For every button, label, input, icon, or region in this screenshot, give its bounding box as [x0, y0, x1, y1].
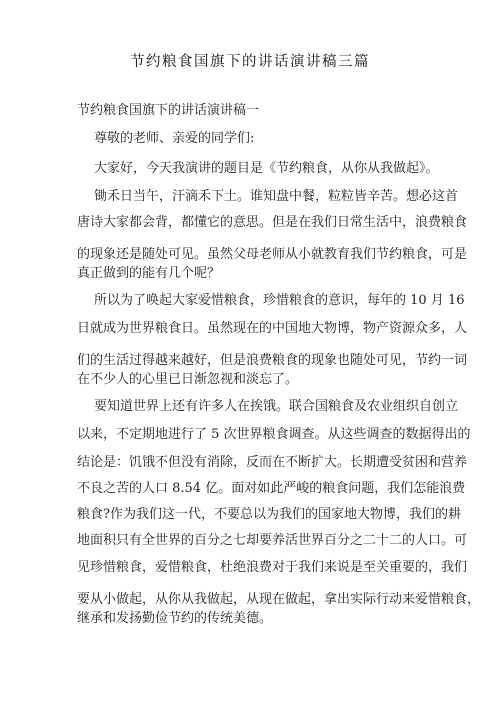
paragraph-line: 锄禾日当午，汗滴禾下土。谁知盘中餐，粒粒皆辛苦。想必这首 — [94, 189, 458, 205]
paragraph-line: 唐诗大家都会背，都懂它的意思。但是在我们日常生活中，浪费粮食 — [77, 215, 467, 231]
paragraph-line: 尊敬的老师、亲爱的同学们: — [94, 131, 254, 147]
paragraph-line: 地面积只有全世界的百分之七却要养活世界百分之二十二的人口。可 — [77, 533, 467, 549]
paragraph-line: 见珍惜粮食，爱惜粮食，杜绝浪费对于我们来说是至关重要的，我们 — [77, 560, 467, 576]
paragraph-line: 不良之苦的人口 8.54 亿。面对如此严峻的粮食问题，我们怎能浪费 — [77, 481, 465, 497]
paragraph-line: 要从小做起，从你从我做起，从现在做起，拿出实际行动来爱惜粮食， — [77, 592, 480, 608]
document-title: 节约粮食国旗下的讲话演讲稿三篇 — [0, 50, 500, 71]
paragraph-line: 在不少人的心里已日渐忽视和淡忘了。 — [77, 372, 298, 388]
paragraph-line: 所以为了唤起大家爱惜粮食，珍惜粮食的意识，每年的 10 月 16 — [94, 293, 464, 309]
document-page: 节约粮食国旗下的讲话演讲稿三篇 节约粮食国旗下的讲话演讲稿一 尊敬的老师、亲爱的… — [0, 0, 500, 707]
paragraph-line: 结论是：饥饿不但没有消除，反而在不断扩大。长期遭受贫困和营养 — [77, 455, 467, 471]
section-heading: 节约粮食国旗下的讲话演讲稿一 — [77, 103, 259, 119]
paragraph-line: 的现象还是随处可见。虽然父母老师从小就教育我们节约粮食，可是 — [77, 247, 467, 263]
paragraph-line: 继承和发扬勤俭节约的传统美德。 — [77, 611, 272, 627]
paragraph-line: 粮食?作为我们这一代，不要总以为我们的国家地大物博，我们的耕 — [77, 507, 461, 523]
paragraph-line: 要知道世界上还有许多人在挨饿。联合国粮食及农业组织自创立 — [94, 399, 458, 415]
paragraph-line: 大家好，今天我演讲的题目是《节约粮食，从你从我做起》。 — [94, 161, 439, 177]
paragraph-line: 真正做到的能有几个呢？ — [77, 266, 220, 282]
paragraph-line: 们的生活过得越来越好，但是浪费粮食的现象也随处可见，节约一词 — [77, 353, 467, 369]
paragraph-line: 以来，不定期地进行了 5 次世界粮食调查。从这些调查的数据得出的 — [77, 427, 471, 443]
paragraph-line: 日就成为世界粮食日。虽然现在的中国地大物博，物产资源众多，人 — [77, 321, 467, 337]
